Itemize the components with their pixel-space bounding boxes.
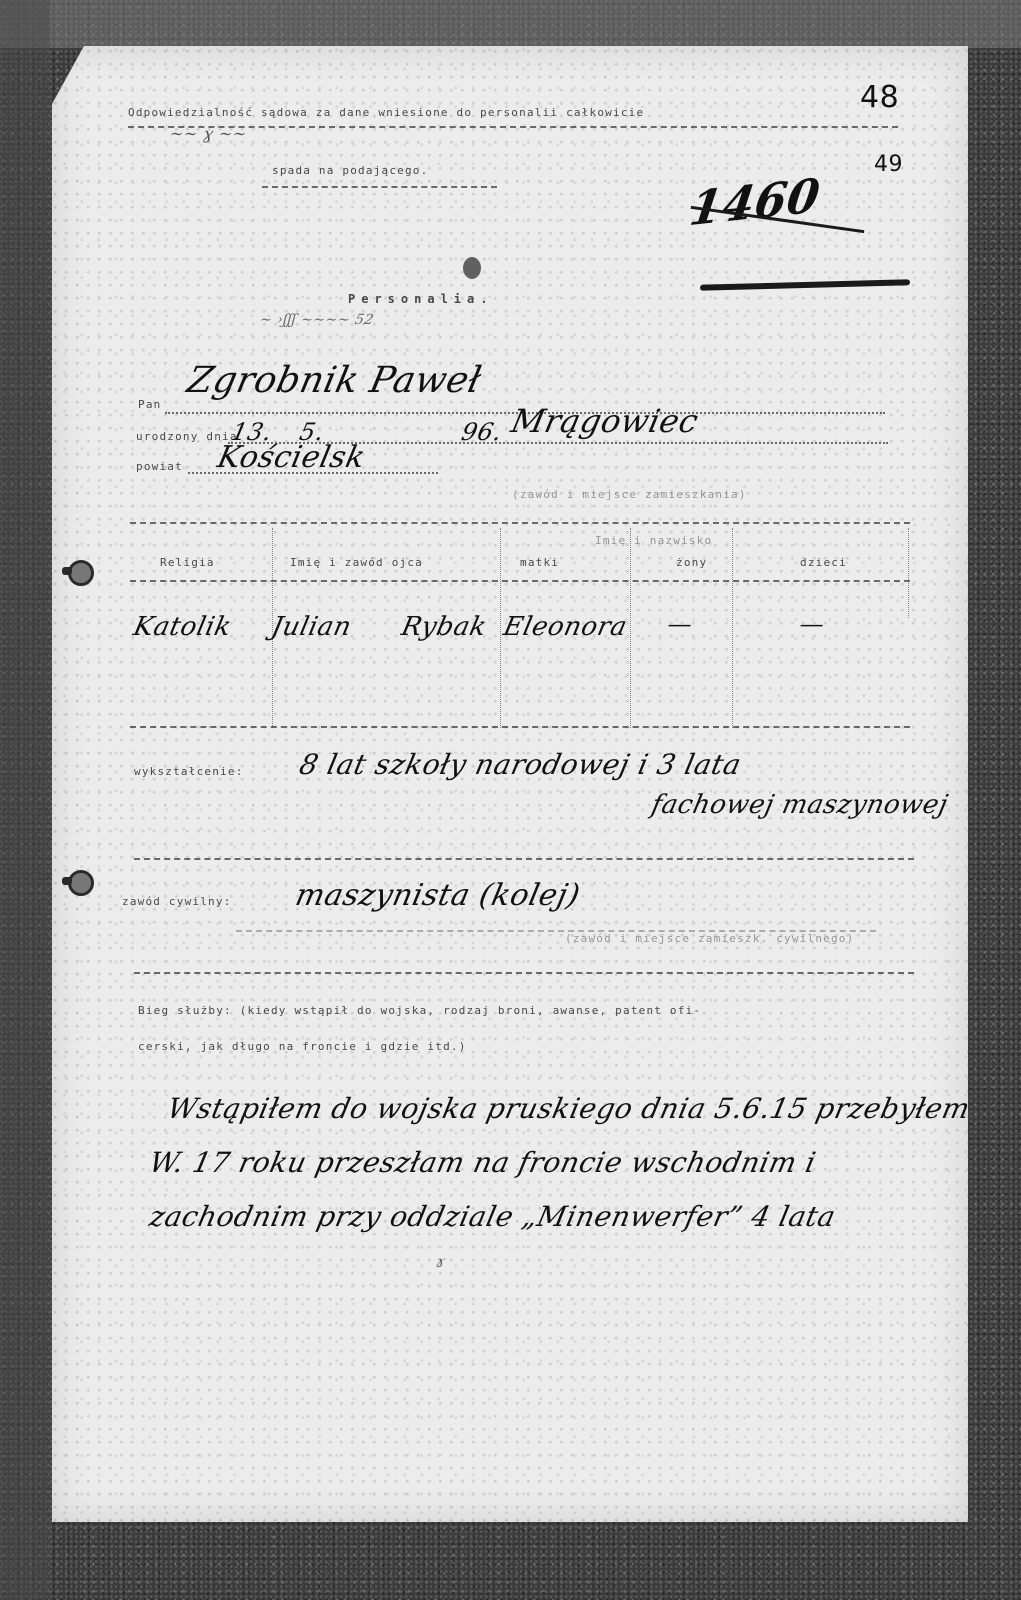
district-value: Kościelsk xyxy=(214,440,368,475)
punch-hole-icon xyxy=(68,560,94,586)
service-entry-line3: zachodnim przy oddziale „Minenwerfer” 4 … xyxy=(146,1200,838,1233)
faded-typed-text: (zawód i miejsce zamieszk. cywilnego) xyxy=(565,932,854,945)
service-entry-line1: Wstąpiłem do wojska pruskiego dnia 5.6.1… xyxy=(164,1092,973,1125)
folio-number: 48 xyxy=(860,80,899,115)
handwritten-scribble: ~~ ɣ ~~ xyxy=(168,124,249,143)
faded-typed-text: (zawód i miejsce zamieszkania) xyxy=(512,488,747,501)
divider xyxy=(134,858,914,860)
handwritten-scribble: ~ ›ʃʃʃ ~~~~ 52 xyxy=(258,312,375,328)
table-header-father: Imię i zawód ojca xyxy=(290,556,423,569)
service-entry-line2: W. 17 roku przeszłam na froncie wschodni… xyxy=(146,1146,818,1179)
scan-background-top xyxy=(0,0,1021,48)
civil-occupation-label: zawód cywilny: xyxy=(122,895,232,908)
punch-hole-icon xyxy=(68,870,94,896)
district-field-line xyxy=(188,472,438,474)
liability-notice-line2: spada na podającego. xyxy=(272,164,428,177)
table-header-wife: żony xyxy=(676,556,707,569)
liability-notice-line1: Odpowiedzialność sądowa za dane wniesion… xyxy=(128,106,644,119)
table-cell-father-name: Julian xyxy=(269,612,354,642)
education-label: wykształcenie: xyxy=(134,765,244,778)
table-cell-religion: Katolik xyxy=(131,612,234,642)
district-label: powiat xyxy=(136,460,183,473)
table-header-children: dzieci xyxy=(800,556,847,569)
divider xyxy=(134,972,914,974)
service-label-line1: Bieg służby: (kiedy wstąpił do wojska, r… xyxy=(138,1004,701,1017)
civil-occupation-value: maszynista (kolej) xyxy=(292,878,583,913)
table-header-mother: matki xyxy=(520,556,559,569)
ink-blot xyxy=(463,257,481,279)
name-label: Pan xyxy=(138,398,161,411)
table-header-border xyxy=(130,580,910,582)
table-header-religion: Religia xyxy=(160,556,215,569)
document-page xyxy=(52,46,968,1522)
table-column-divider xyxy=(732,528,733,728)
divider xyxy=(262,186,497,188)
education-value-line1: 8 lat szkoły narodowej i 3 lata xyxy=(296,748,744,781)
table-bottom-border xyxy=(130,726,910,728)
table-column-divider xyxy=(500,528,501,728)
born-place: Mrągowiec xyxy=(508,402,702,440)
page-title: Personalia. xyxy=(348,292,493,306)
table-column-divider xyxy=(908,528,909,618)
table-cell-father-occupation: Rybak xyxy=(399,612,490,642)
table-column-divider xyxy=(630,528,631,728)
file-number-superscript: 49 xyxy=(874,152,903,177)
name-value: Zgrobnik Paweł xyxy=(184,360,486,401)
scan-background-left xyxy=(0,0,50,1600)
service-label-line2: cerski, jak długo na froncie i gdzie itd… xyxy=(138,1040,467,1053)
table-group-header: Imię i nazwisko xyxy=(595,534,712,547)
table-top-border xyxy=(130,522,910,524)
education-value-line2: fachowej maszynowej xyxy=(649,790,951,820)
table-cell-mother: Eleonora xyxy=(501,612,630,642)
